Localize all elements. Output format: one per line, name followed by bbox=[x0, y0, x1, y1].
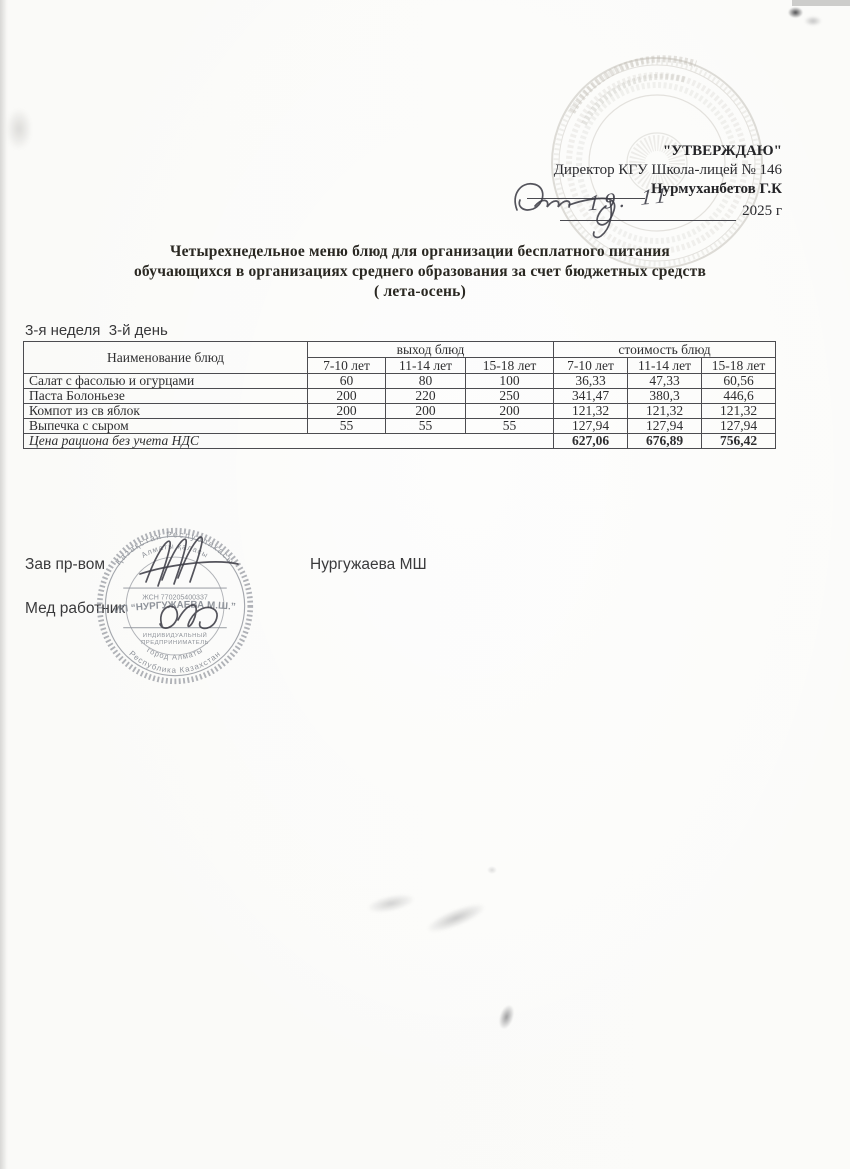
menu-table: Наименование блюд выход блюд стоимость б… bbox=[23, 341, 776, 449]
output-value: 55 bbox=[308, 419, 386, 434]
cost-value: 121,32 bbox=[628, 404, 702, 419]
col-header-age: 7-10 лет bbox=[308, 358, 386, 374]
output-value: 60 bbox=[308, 374, 386, 389]
table-row: Компот из св яблок 200 200 200 121,32 12… bbox=[24, 404, 776, 419]
output-value: 200 bbox=[308, 404, 386, 419]
dish-name: Паста Болоньезе bbox=[24, 389, 308, 404]
total-cost-value: 756,42 bbox=[702, 434, 776, 449]
approve-label: "УТВЕРЖДАЮ" bbox=[442, 142, 782, 161]
col-header-dish-name: Наименование блюд bbox=[24, 342, 308, 374]
title-line-3: ( лета-осень) bbox=[10, 282, 830, 302]
output-value: 80 bbox=[386, 374, 466, 389]
cost-value: 127,94 bbox=[702, 419, 776, 434]
col-header-age: 11-14 лет bbox=[386, 358, 466, 374]
cost-value: 60,56 bbox=[702, 374, 776, 389]
scan-smudge bbox=[6, 108, 32, 150]
cost-value: 127,94 bbox=[628, 419, 702, 434]
cost-value: 121,32 bbox=[554, 404, 628, 419]
production-manager-signature bbox=[132, 528, 247, 598]
cost-value: 121,32 bbox=[702, 404, 776, 419]
scan-corner-strip bbox=[792, 0, 850, 6]
dish-name: Выпечка с сыром bbox=[24, 419, 308, 434]
table-total-row: Цена рациона без учета НДС 627,06 676,89… bbox=[24, 434, 776, 449]
scanned-document-page: "УТВЕРЖДАЮ" Директор КГУ Школа-лицей № 1… bbox=[0, 0, 850, 1169]
scan-smudge bbox=[487, 866, 497, 874]
total-cost-value: 627,06 bbox=[554, 434, 628, 449]
cost-value: 36,33 bbox=[554, 374, 628, 389]
scan-smudge bbox=[425, 899, 487, 936]
output-value: 55 bbox=[386, 419, 466, 434]
dish-name: Компот из св яблок bbox=[24, 404, 308, 419]
col-header-age: 15-18 лет bbox=[702, 358, 776, 374]
medical-worker-signature bbox=[148, 596, 233, 646]
table-row: Паста Болоньезе 200 220 250 341,47 380,3… bbox=[24, 389, 776, 404]
cost-value: 341,47 bbox=[554, 389, 628, 404]
col-header-age: 7-10 лет bbox=[554, 358, 628, 374]
title-line-1: Четырехнедельное меню блюд для организац… bbox=[10, 242, 830, 262]
cost-value: 380,3 bbox=[628, 389, 702, 404]
table-group-header-row: Наименование блюд выход блюд стоимость б… bbox=[24, 342, 776, 358]
total-label: Цена рациона без учета НДС bbox=[24, 434, 554, 449]
col-header-age: 15-18 лет bbox=[466, 358, 554, 374]
output-value: 100 bbox=[466, 374, 554, 389]
output-value: 220 bbox=[386, 389, 466, 404]
output-value: 200 bbox=[386, 404, 466, 419]
cost-value: 446,6 bbox=[702, 389, 776, 404]
col-group-cost: стоимость блюд bbox=[554, 342, 776, 358]
stamp-city-bottom-arc: город Алматы bbox=[145, 645, 204, 661]
signer-name: Нургужаева МШ bbox=[310, 556, 427, 574]
svg-text:город Алматы: город Алматы bbox=[145, 645, 204, 661]
output-value: 200 bbox=[466, 404, 554, 419]
year-label: 2025 г bbox=[742, 202, 782, 221]
total-cost-value: 676,89 bbox=[628, 434, 702, 449]
output-value: 55 bbox=[466, 419, 554, 434]
scan-smudge bbox=[788, 7, 803, 18]
output-value: 200 bbox=[308, 389, 386, 404]
week-day-label: 3-я неделя 3-й день bbox=[25, 322, 168, 339]
dish-name: Салат с фасолью и огурцами bbox=[24, 374, 308, 389]
output-value: 250 bbox=[466, 389, 554, 404]
document-title: Четырехнедельное меню блюд для организац… bbox=[10, 242, 830, 302]
col-group-output: выход блюд bbox=[308, 342, 554, 358]
cost-value: 127,94 bbox=[554, 419, 628, 434]
director-signature bbox=[507, 166, 652, 240]
scan-smudge bbox=[804, 16, 822, 26]
table-row: Салат с фасолью и огурцами 60 80 100 36,… bbox=[24, 374, 776, 389]
cost-value: 47,33 bbox=[628, 374, 702, 389]
scan-edge-shadow bbox=[0, 0, 7, 1169]
col-header-age: 11-14 лет bbox=[628, 358, 702, 374]
scan-smudge bbox=[367, 891, 415, 915]
title-line-2: обучающихся в организациях среднего обра… bbox=[10, 262, 830, 282]
scan-smudge bbox=[497, 1004, 517, 1031]
table-row: Выпечка с сыром 55 55 55 127,94 127,94 1… bbox=[24, 419, 776, 434]
